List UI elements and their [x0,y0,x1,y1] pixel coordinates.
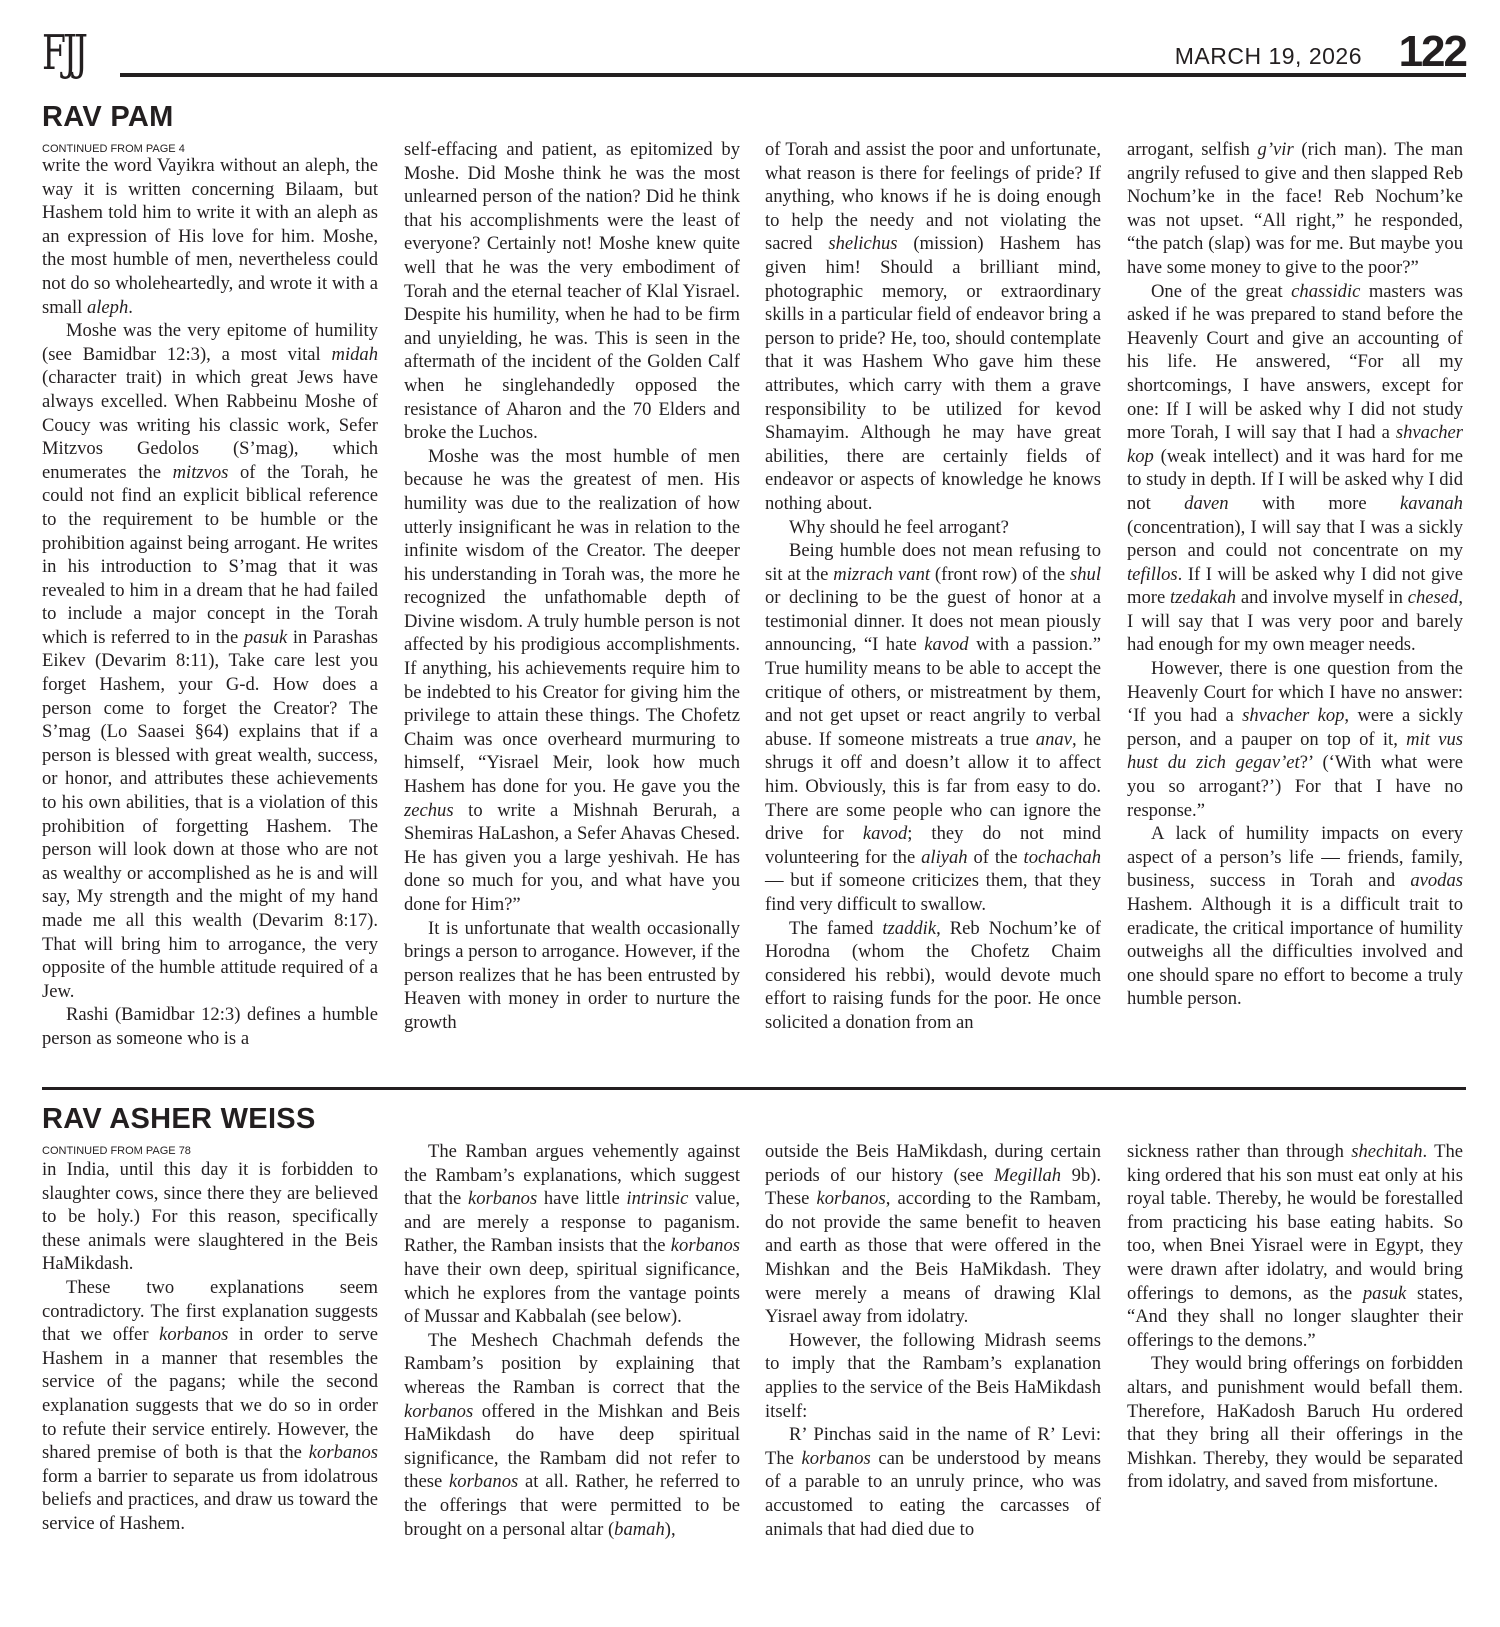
paragraph: They would bring offerings on forbidden … [1127,1352,1463,1494]
paragraph: One of the great chassidic masters was a… [1127,280,1463,658]
paragraph: Moshe was the most humble of men because… [404,445,740,917]
italic-term: tzedakah [1170,587,1236,608]
italic-term: midah [332,344,378,365]
italic-term: korbanos [802,1448,871,1469]
article-column-4: sickness rather than through shechitah. … [1127,1140,1463,1494]
italic-term: chassidic [1291,281,1360,302]
article-column-2: self-effacing and patient, as epitomized… [404,138,740,1035]
italic-term: shechitah [1351,1141,1422,1162]
continued-from-label: CONTINUED FROM PAGE 78 [42,1144,191,1158]
italic-term: tefillos [1127,564,1178,585]
paragraph: The famed tzaddik, Reb Nochum’ke of Horo… [765,917,1101,1035]
italic-term: shvacher kop [1242,705,1344,726]
paragraph: A lack of humility impacts on every aspe… [1127,822,1463,1011]
italic-term: avodas [1410,870,1463,891]
italic-term: anav [1036,729,1072,750]
paragraph: R’ Pinchas said in the name of R’ Levi: … [765,1423,1101,1541]
italic-term: kavod [863,823,907,844]
italic-term: korbanos [404,1401,473,1422]
paragraph: However, the following Midrash seems to … [765,1329,1101,1423]
italic-term: tochachah [1024,847,1101,868]
italic-term: shvacher kop [1127,422,1463,467]
paragraph: These two explanations seem contradictor… [42,1276,378,1536]
italic-term: tzaddik [882,918,936,939]
italic-term: chesed [1408,587,1459,608]
italic-term: zechus [404,800,454,821]
paragraph: arrogant, selfish g’vir (rich man). The … [1127,138,1463,280]
italic-term: g’vir [1258,139,1294,160]
article-rav-pam: RAV PAM CONTINUED FROM PAGE 4 write the … [42,100,1466,1080]
italic-term: korbanos [159,1324,228,1345]
section-divider [42,1087,1466,1090]
italic-term: pasuk [244,627,287,648]
italic-term: kavod [924,634,968,655]
italic-term: aleph [87,297,128,318]
italic-term: kavanah [1400,493,1463,514]
italic-term: shul [1070,564,1101,585]
paragraph: outside the Beis HaMikdash, during certa… [765,1140,1101,1329]
italic-term: daven [1184,493,1228,514]
page-number: 122 [1399,30,1466,74]
italic-term: shelichus [828,233,897,254]
paragraph: The Meshech Chachmah defends the Rambam’… [404,1329,740,1541]
italic-term: korbanos [468,1188,537,1209]
paragraph: Rashi (Bamidbar 12:3) defines a humble p… [42,1003,378,1050]
italic-term: intrinsic [626,1188,688,1209]
italic-term: mitzvos [173,462,229,483]
publication-logo: FJJ [42,28,85,78]
article-column-1: in India, until this day it is forbidden… [42,1158,378,1536]
italic-term: bamah [614,1519,665,1540]
masthead-rule [120,73,1466,77]
masthead: FJJ MARCH 19, 2026 122 [42,28,1466,80]
article-column-1: write the word Vayikra without an aleph,… [42,154,378,1051]
article-rav-asher-weiss: RAV ASHER WEISS CONTINUED FROM PAGE 78 i… [42,1102,1466,1622]
italic-term: Megillah [994,1165,1061,1186]
italic-term: mit vus hust du zich gegav’et [1127,729,1463,774]
article-title: RAV ASHER WEISS [42,1102,316,1136]
paragraph: sickness rather than through shechitah. … [1127,1140,1463,1352]
paragraph: Moshe was the very epitome of humility (… [42,319,378,1003]
paragraph: in India, until this day it is forbidden… [42,1158,378,1276]
paragraph: write the word Vayikra without an aleph,… [42,154,378,319]
paragraph: Being humble does not mean refusing to s… [765,539,1101,917]
paragraph: The Ramban argues vehemently against the… [404,1140,740,1329]
paragraph: of Torah and assist the poor and unfortu… [765,138,1101,516]
issue-date: MARCH 19, 2026 [1175,42,1362,70]
italic-term: korbanos [309,1442,378,1463]
paragraph: self-effacing and patient, as epitomized… [404,138,740,445]
italic-term: mizrach vant [833,564,930,585]
italic-term: pasuk [1363,1283,1406,1304]
italic-term: korbanos [449,1471,518,1492]
article-title: RAV PAM [42,100,174,134]
italic-term: korbanos [817,1188,886,1209]
article-column-3: of Torah and assist the poor and unfortu… [765,138,1101,1035]
paragraph: It is unfortunate that wealth occasional… [404,917,740,1035]
article-column-2: The Ramban argues vehemently against the… [404,1140,740,1541]
article-column-3: outside the Beis HaMikdash, during certa… [765,1140,1101,1541]
article-column-4: arrogant, selfish g’vir (rich man). The … [1127,138,1463,1011]
paragraph: However, there is one question from the … [1127,657,1463,822]
italic-term: korbanos [671,1235,740,1256]
italic-term: aliyah [921,847,967,868]
paragraph: Why should he feel arrogant? [765,516,1101,540]
